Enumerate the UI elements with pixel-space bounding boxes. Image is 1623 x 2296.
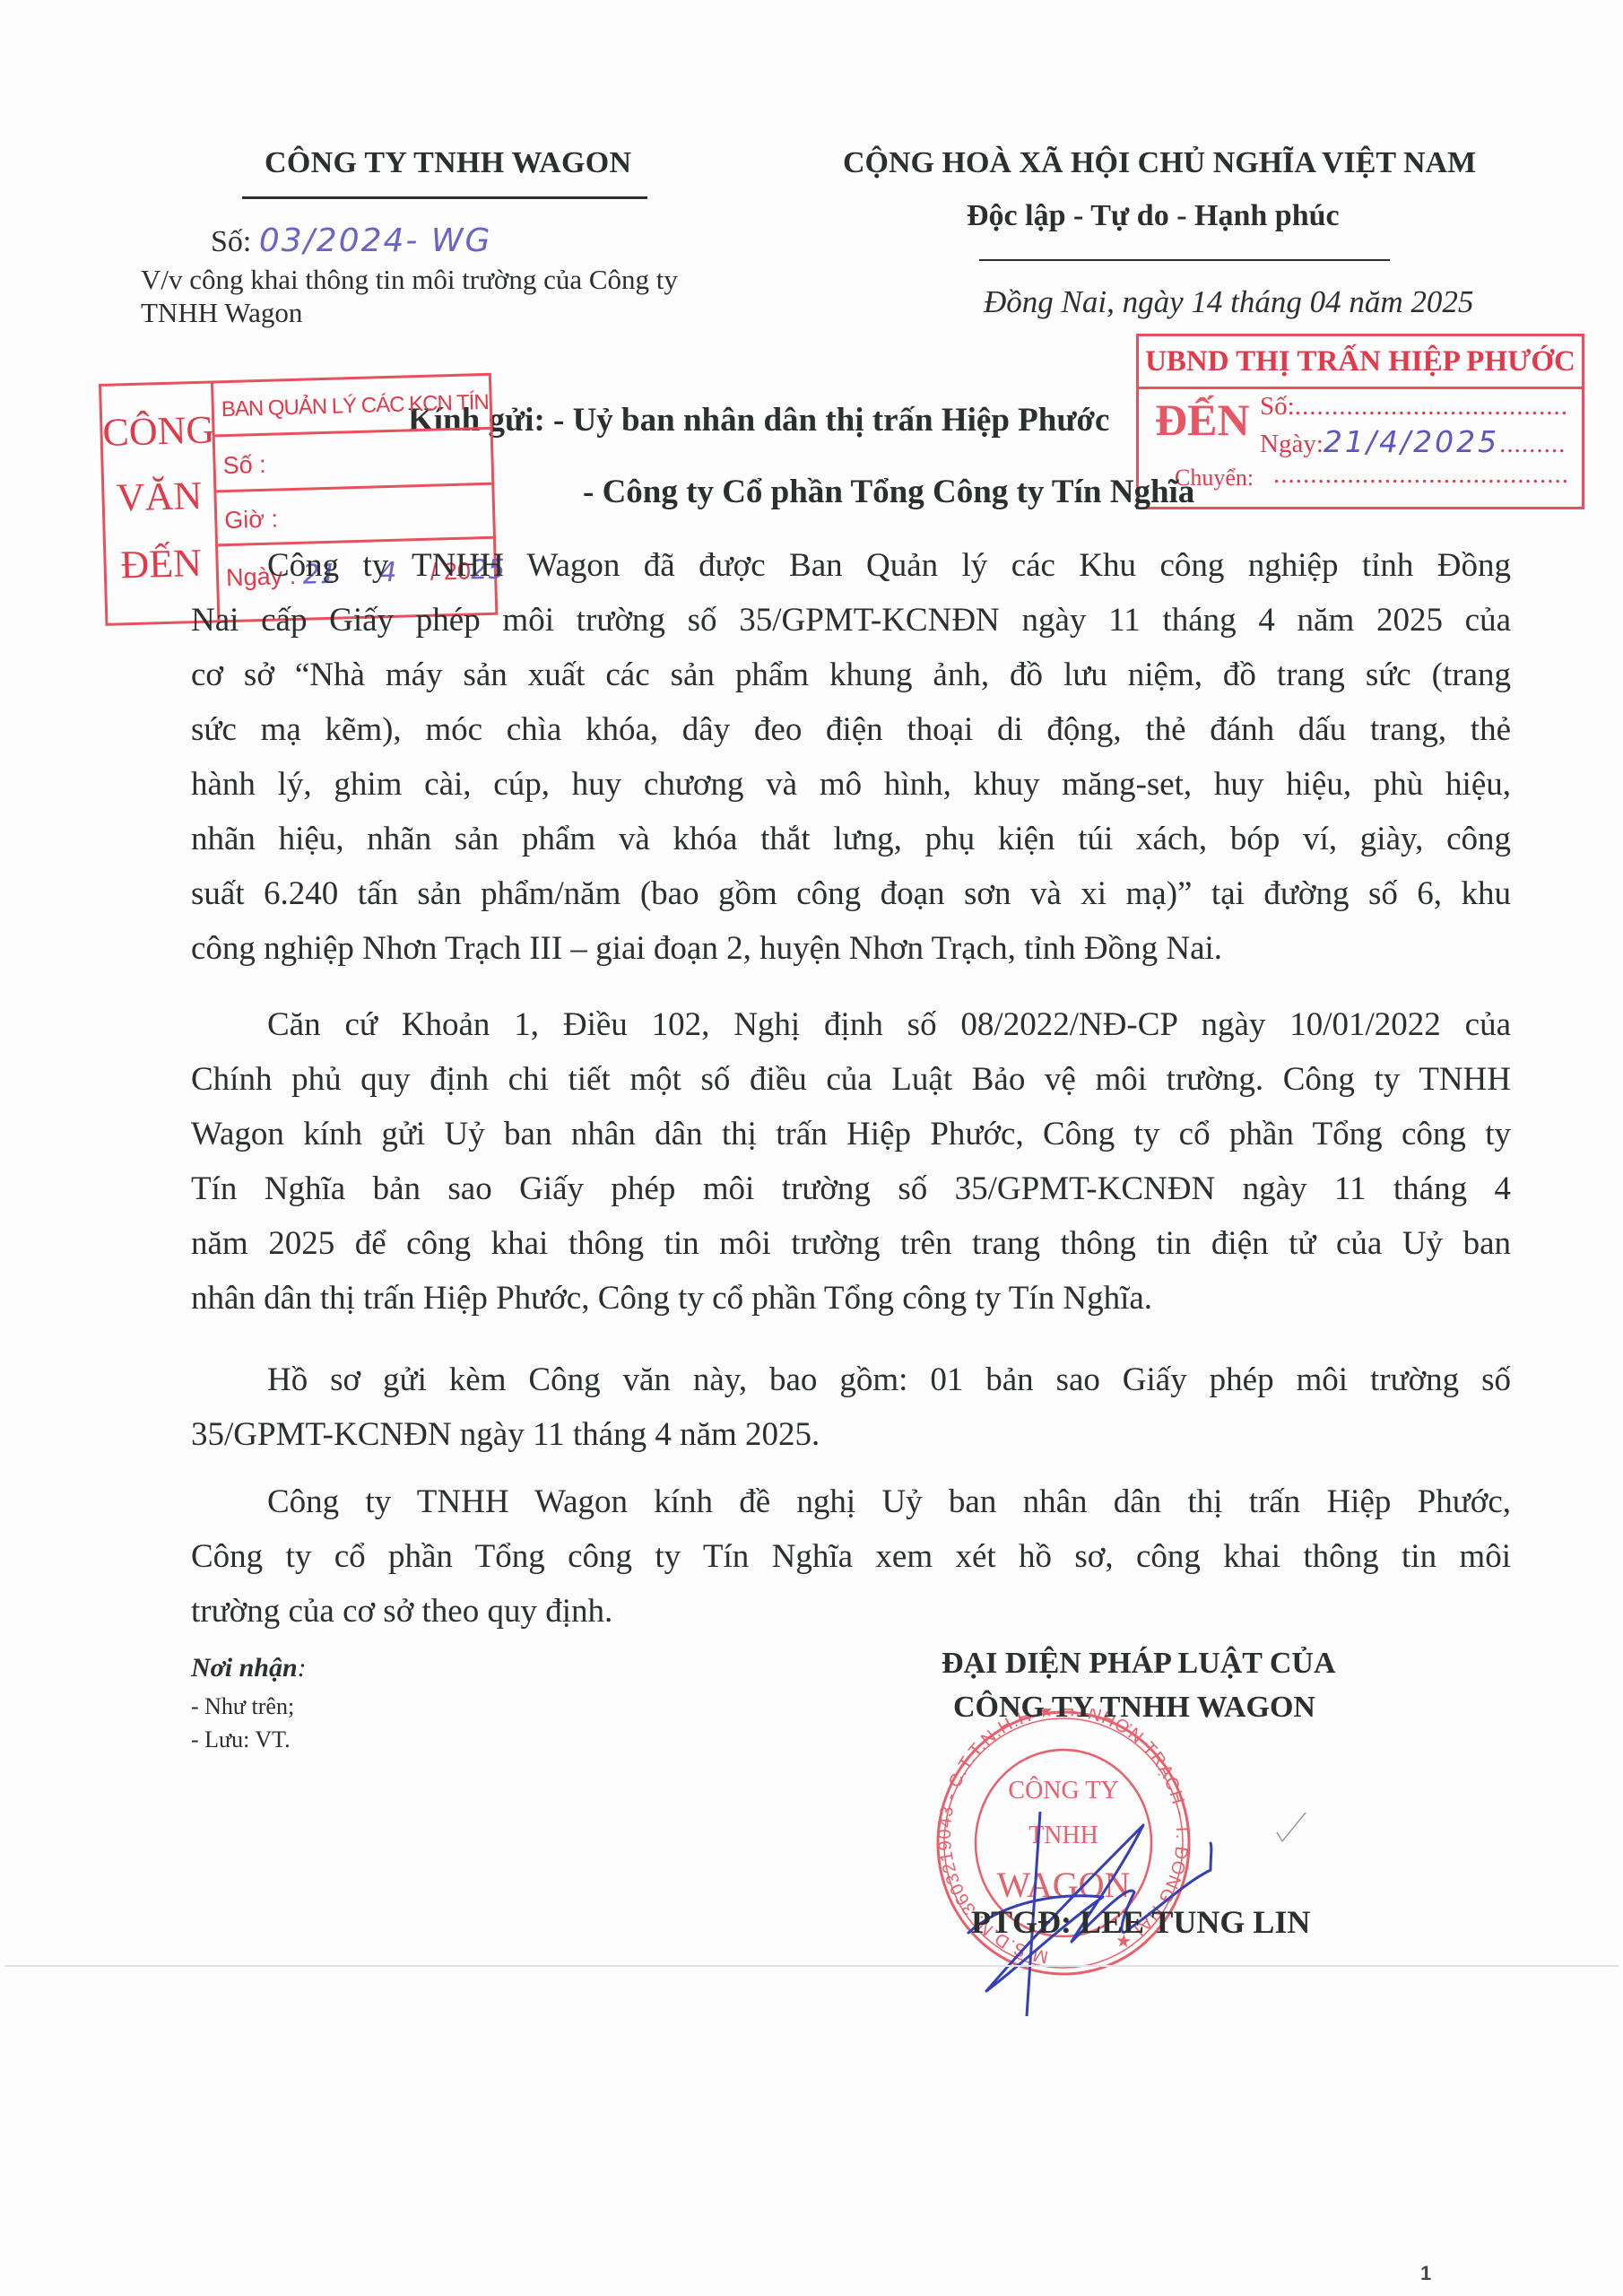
document-number-handwritten: 03/2024- WG [259,222,491,259]
body-line: Tín Nghĩa bản sao Giấy phép môi trường s… [191,1161,1511,1216]
body-line: sức mạ kẽm), móc chìa khóa, dây đeo điện… [191,702,1511,757]
signer-name: PTGĐ: LEE TUNG LIN [971,1903,1310,1941]
body-line: hành lý, ghim cài, cúp, huy chương và mô… [191,757,1511,812]
stamp-ngay-handwritten: 21/4/2025 [1324,424,1499,459]
body-line: nhãn hiệu, nhãn sản phẩm và khóa thắt lư… [191,812,1511,866]
body-paragraph-3: Hồ sơ gửi kèm Công văn này, bao gồm: 01 … [191,1352,1511,1462]
body-line: suất 6.240 tấn sản phẩm/năm (bao gồm côn… [191,866,1511,921]
body-line: Công ty TNHH Wagon kính đề nghị Uỷ ban n… [191,1474,1511,1529]
stamp-ngay-label: Ngày: [1260,430,1324,458]
body-line: Hồ sơ gửi kèm Công văn này, bao gồm: 01 … [191,1352,1511,1407]
document-number-label: Số: [211,225,251,258]
cc-title: Nơi nhận: [191,1653,307,1683]
stamp-chuyen-dots: ........................................… [1273,460,1567,490]
stamp-van: VĂN [104,475,214,517]
stamp-org: BAN QUẢN LÝ CÁC KCN TÍN NGHĨA [213,376,490,438]
recipient-line-2: - Công ty Cổ phần Tổng Công ty Tín Nghĩa [583,473,1194,511]
recipient-line-1: Kính gửi: - Uỷ ban nhân dân thị trấn Hiệ… [408,401,1109,439]
cc-title-colon: : [298,1653,307,1683]
stamp-cong: CÔNG [102,410,213,452]
place-date: Đồng Nai, ngày 14 tháng 04 năm 2025 [984,284,1473,320]
stamp-ngay-field: Ngày:21/4/2025..........................… [1260,424,1567,459]
subject-line-2: TNHH Wagon [141,296,678,329]
body-line: Nai cấp Giấy phép môi trường số 35/GPMT-… [191,593,1511,648]
company-name: CÔNG TY TNHH WAGON [265,146,631,180]
body-line: công nghiệp Nhơn Trạch III – giai đoạn 2… [191,921,1511,976]
stamp-org: UBND THỊ TRẤN HIỆP PHƯỚC [1139,336,1582,389]
subject-line: V/v công khai thông tin môi trường của C… [141,263,678,329]
body-line: cơ sở “Nhà máy sản xuất các sản phẩm khu… [191,648,1511,702]
body-paragraph-1: Công ty TNHH Wagon đã được Ban Quản lý c… [191,538,1511,976]
body-line: Căn cứ Khoản 1, Điều 102, Nghị định số 0… [191,997,1511,1052]
scan-artifact-line [4,1965,1619,1967]
cc-title-text: Nơi nhận [191,1653,298,1683]
body-line: Công ty cổ phần Tổng công ty Tín Nghĩa x… [191,1529,1511,1584]
body-line: Công ty TNHH Wagon đã được Ban Quản lý c… [191,538,1511,593]
stamp-dots: ........................................… [1295,392,1567,421]
body-line: trường của cơ sở theo quy định. [191,1584,1511,1639]
body-line: năm 2025 để công khai thông tin môi trườ… [191,1216,1511,1271]
stamp-so-label: Số: [1260,392,1295,421]
body-line: 35/GPMT-KCNĐN ngày 11 tháng 4 năm 2025. [191,1407,1511,1462]
subject-line-1: V/v công khai thông tin môi trường của C… [141,263,678,296]
page-number: 1 [1420,2262,1431,2285]
company-underline [242,196,647,199]
cc-item: - Lưu: VT. [191,1726,291,1753]
stamp-dots: ........................................… [1273,460,1567,489]
stamp-den: ĐẾN [1155,394,1250,446]
body-line: Wagon kính gửi Uỷ ban nhân dân thị trấn … [191,1107,1511,1161]
national-title: CỘNG HOÀ XÃ HỘI CHỦ NGHĨA VIỆT NAM [843,146,1476,180]
stamp-so-row: Số : [215,431,492,493]
stamp-so-field: Số:.....................................… [1260,392,1567,422]
incoming-stamp-ubnd: UBND THỊ TRẤN HIỆP PHƯỚC ĐẾN Số:........… [1136,334,1584,509]
cc-item: - Như trên; [191,1693,294,1720]
signature-title-2: CÔNG TY TNHH WAGON [953,1691,1315,1725]
document-number: Số: 03/2024- WG [211,222,491,259]
motto-underline [979,259,1390,261]
body-line: nhân dân thị trấn Hiệp Phước, Công ty cổ… [191,1271,1511,1326]
body-line: Chính phủ quy định chi tiết một số điều … [191,1052,1511,1107]
body-paragraph-4: Công ty TNHH Wagon kính đề nghị Uỷ ban n… [191,1474,1511,1639]
signature-title-1: ĐẠI DIỆN PHÁP LUẬT CỦA [942,1647,1336,1681]
check-mark-icon [1273,1809,1309,1845]
body-paragraph-2: Căn cứ Khoản 1, Điều 102, Nghị định số 0… [191,997,1511,1326]
national-motto: Độc lập - Tự do - Hạnh phúc [967,199,1340,233]
stamp-dots: ........................................… [1499,430,1567,458]
